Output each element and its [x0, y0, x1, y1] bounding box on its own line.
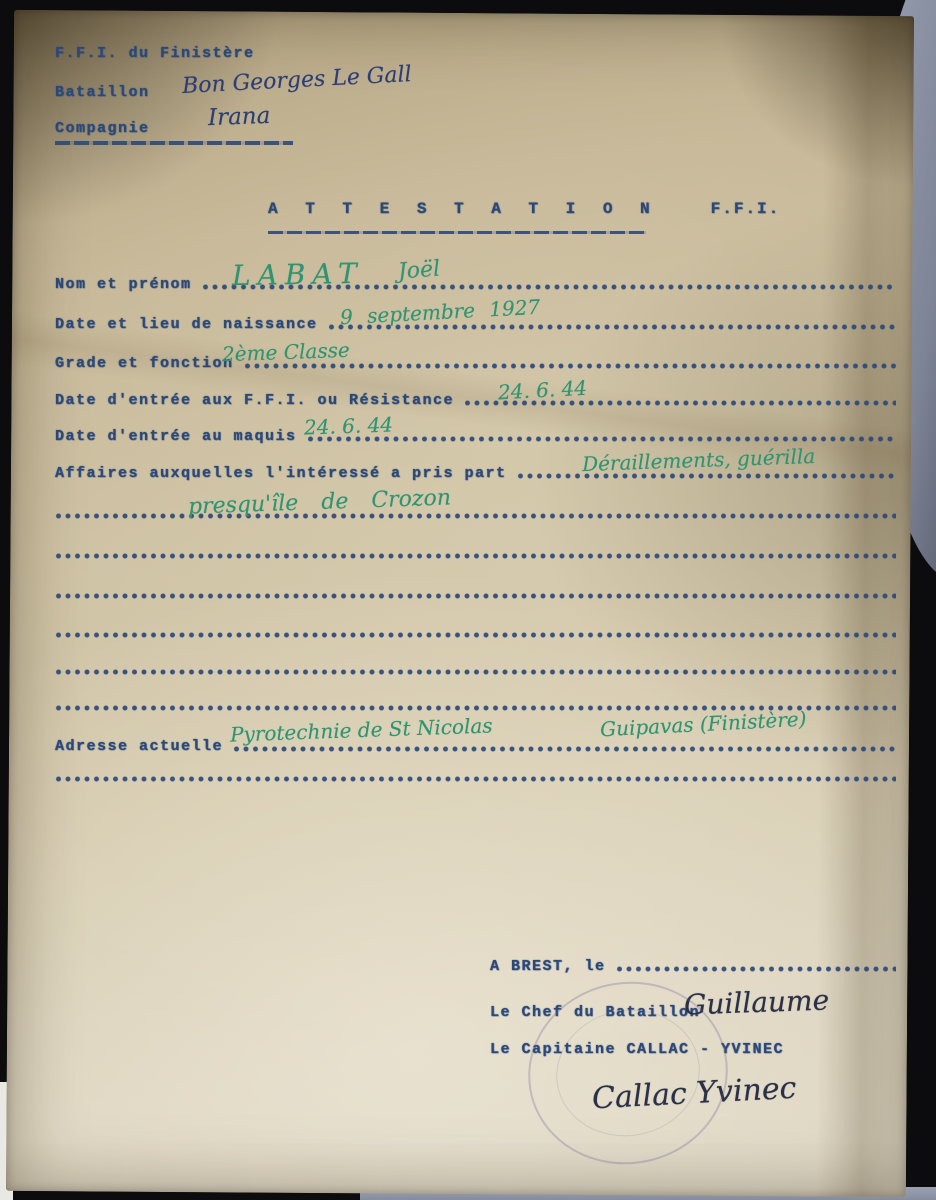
dotted-leader [244, 362, 896, 370]
field-label-entree-maquis: Date d'entrée au maquis [55, 428, 297, 445]
field-row-entree-maquis: Date d'entrée au maquis [55, 428, 896, 445]
field-row-grade: Grade et fonction [55, 355, 896, 372]
dotted-leader [307, 435, 896, 443]
dotted-leader [517, 472, 896, 480]
grade-handwritten-value: 2ème Classe [222, 338, 350, 366]
document-title: A T T E S T A T I O N F.F.I. [268, 200, 780, 218]
org-line: F.F.I. du Finistère [55, 45, 255, 62]
title-suffix: F.F.I. [711, 200, 781, 218]
entree-ffi-handwritten-value: 24. 6. 44 [497, 376, 587, 405]
field-label-entree-ffi: Date d'entrée aux F.F.I. ou Résistance [55, 392, 454, 409]
dotted-leader [55, 775, 896, 783]
field-row-adresse: Adresse actuelle [55, 738, 896, 755]
field-label-affaires: Affaires auxquelles l'intéressé a pris p… [55, 465, 507, 482]
dotted-leader [55, 631, 896, 639]
entree-maquis-handwritten-value: 24. 6. 44 [304, 412, 394, 439]
nom-handwritten-value: LABAT [232, 257, 364, 292]
footer-place-row: A BREST, le [490, 958, 896, 975]
prenom-handwritten-value: Joël [397, 257, 441, 285]
field-row-nom: Nom et prénom [55, 276, 896, 293]
title-underline [268, 231, 646, 234]
photo-background: F.F.I. du Finistère Bataillon Bon George… [0, 0, 936, 1200]
company-handwritten-value: Irana [208, 103, 271, 131]
company-label: Compagnie [55, 120, 150, 137]
dotted-leader [55, 668, 896, 676]
letterhead-rule [55, 141, 293, 145]
field-label-adresse: Adresse actuelle [55, 738, 223, 755]
battalion-label: Bataillon [55, 84, 150, 101]
battalion-handwritten-value: Bon Georges Le Gall [182, 62, 413, 99]
dotted-leader [616, 965, 896, 973]
dotted-leader [55, 592, 896, 600]
field-label-grade: Grade et fonction [55, 355, 234, 372]
dotted-leader [55, 512, 896, 520]
title-text: A T T E S T A T I O N [268, 200, 659, 218]
dotted-leader [55, 552, 896, 560]
field-label-nom: Nom et prénom [55, 276, 192, 293]
field-row-entree-ffi: Date d'entrée aux F.F.I. ou Résistance [55, 392, 896, 409]
document-content: F.F.I. du Finistère Bataillon Bon George… [0, 0, 936, 1200]
dotted-leader [233, 745, 896, 753]
field-label-naissance: Date et lieu de naissance [55, 316, 318, 333]
footer-place-label: A BREST, le [490, 958, 606, 975]
